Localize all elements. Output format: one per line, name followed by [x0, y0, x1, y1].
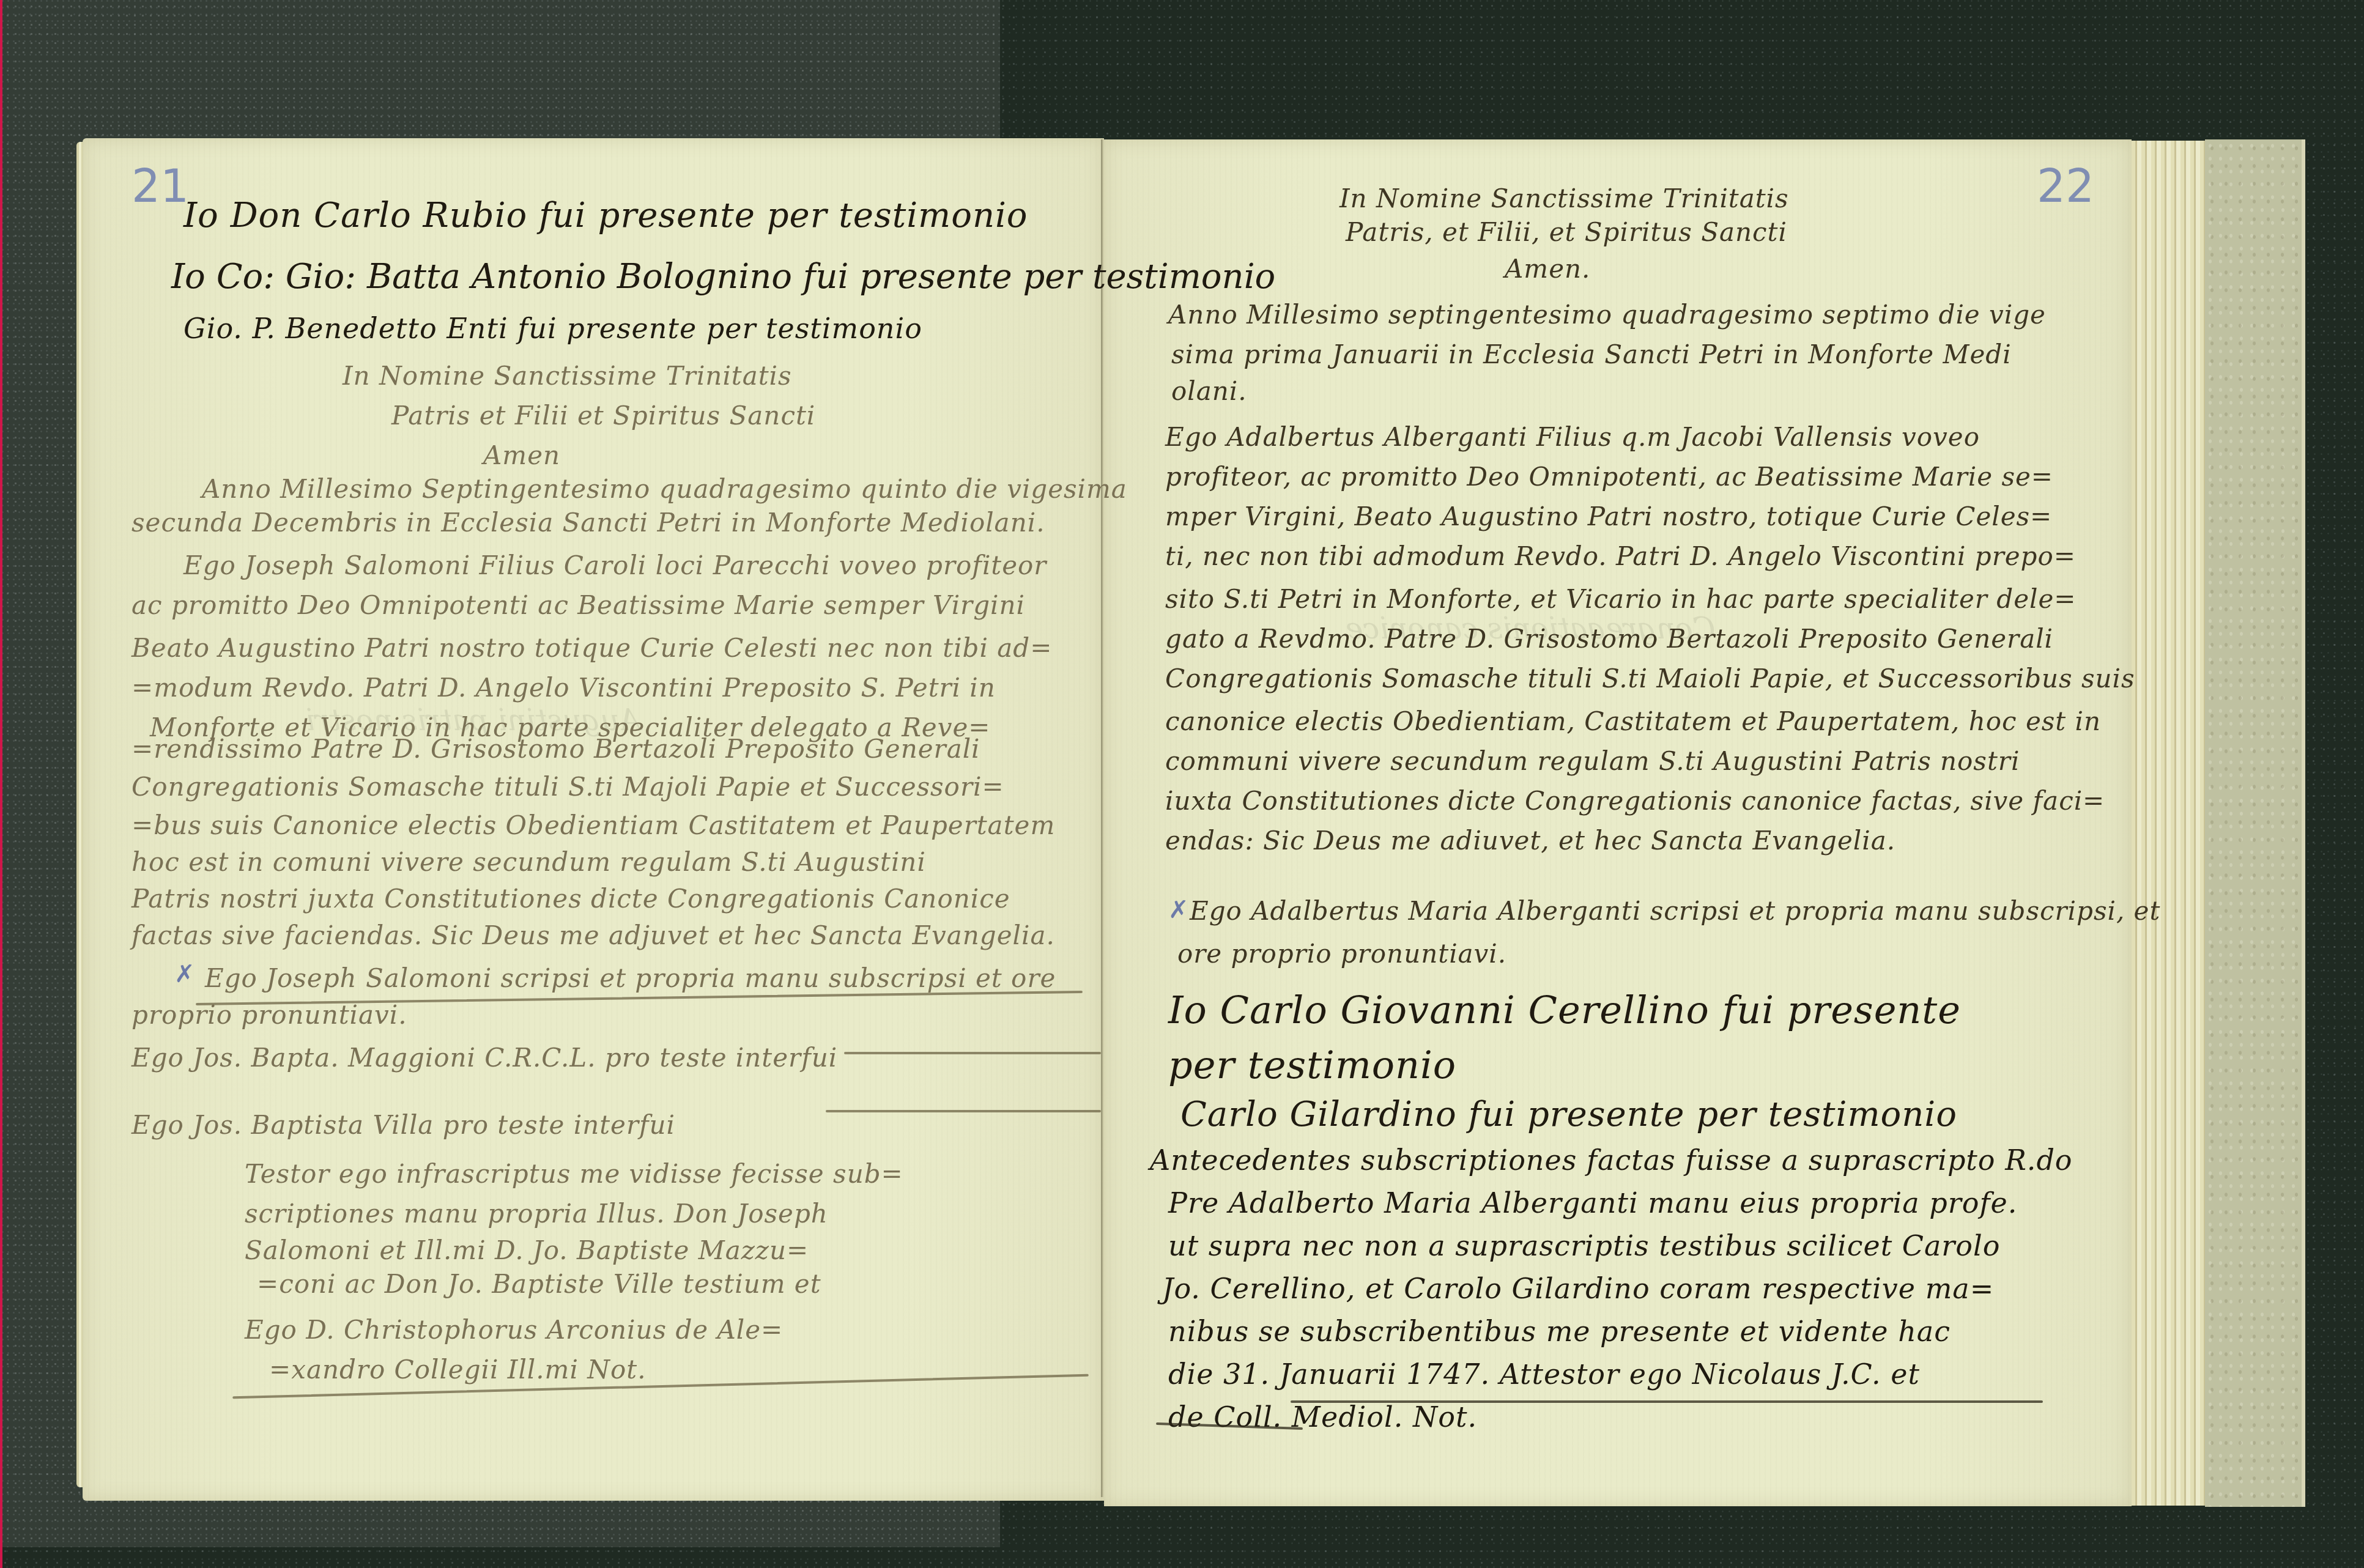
right-body-line: Ego Adalbertus Alberganti Filius q.m Jac… — [1165, 422, 1980, 452]
open-manuscript-book: Congregationis canonice Augustini patris… — [0, 0, 2364, 1568]
left-body-line: factas sive faciendas. Sic Deus me adjuv… — [132, 920, 1055, 950]
left-attestation-line: scriptiones manu propria Illus. Don Jose… — [245, 1199, 828, 1229]
left-body-line: =modum Revdo. Patri D. Angelo Viscontini… — [132, 673, 996, 703]
left-invocation-line: In Nomine Sanctissime Trinitatis — [343, 361, 792, 391]
right-signature-line: Ego Adalbertus Maria Alberganti scripsi … — [1190, 896, 2160, 926]
right-body-line: gato a Revdmo. Patre D. Grisostomo Berta… — [1165, 624, 2053, 654]
left-attestation-line: Testor ego infrascriptus me vidisse feci… — [245, 1159, 903, 1189]
folio-number-right: 22 — [2037, 160, 2094, 213]
left-body-line: secunda Decembris in Ecclesia Sancti Pet… — [132, 508, 1045, 538]
left-invocation-line: Patris et Filii et Spiritus Sancti — [391, 401, 815, 431]
left-body-line: Patris nostri juxta Constitutiones dicte… — [132, 884, 1010, 914]
left-witness-line: Gio. P. Benedetto Enti fui presente per … — [183, 312, 922, 345]
left-attestation-line: Ego D. Christophorus Arconius de Ale= — [245, 1315, 783, 1345]
left-attestation-line: Salomoni et Ill.mi D. Jo. Baptiste Mazzu… — [245, 1235, 809, 1265]
book-gutter — [1101, 139, 1103, 1497]
left-witness-line: Io Co: Gio: Batta Antonio Bolognino fui … — [171, 257, 1275, 297]
left-body-line: Ego Joseph Salomoni Filius Caroli loci P… — [183, 550, 1047, 580]
left-body-line: =bus suis Canonice electis Obedientiam C… — [132, 810, 1055, 840]
left-attestation-line: =xandro Collegii Ill.mi Not. — [269, 1355, 647, 1385]
left-body-line: Beato Augustino Patri nostro totique Cur… — [132, 633, 1052, 663]
right-body-line: mper Virgini, Beato Augustino Patri nost… — [1165, 501, 2052, 531]
right-attestation-line: Jo. Cerellino, et Carolo Gilardino coram… — [1162, 1272, 1994, 1305]
right-signature-line: ore proprio pronuntiavi. — [1177, 939, 1506, 969]
right-attestation-line: ut supra nec non a suprascriptis testibu… — [1168, 1229, 2000, 1262]
left-signature-line: Ego Joseph Salomoni scripsi et propria m… — [205, 963, 1056, 993]
left-body-line: =rendissimo Patre D. Grisostomo Bertazol… — [132, 734, 980, 764]
right-attestation-line: de Coll. Mediol. Not. — [1168, 1400, 1477, 1433]
right-invocation-line: In Nomine Sanctissime Trinitatis — [1339, 183, 1789, 213]
cross-mark-icon: ✗ — [174, 960, 195, 988]
flourish-line — [1291, 1400, 2043, 1403]
left-witness-line: Io Don Carlo Rubio fui presente per test… — [183, 196, 1028, 235]
left-attestation-line: =coni ac Don Jo. Baptiste Ville testium … — [257, 1269, 821, 1299]
left-body-line: Anno Millesimo Septingentesimo quadrages… — [202, 474, 1127, 504]
right-body-line: canonice electis Obedientiam, Castitatem… — [1165, 706, 2101, 736]
flourish-line — [844, 1052, 1101, 1054]
right-attestation-line: die 31. Januarii 1747. Attestor ego Nico… — [1168, 1358, 1920, 1391]
cross-mark-icon: ✗ — [1168, 896, 1189, 924]
book-cover-board — [2205, 139, 2305, 1507]
right-body-line: olani. — [1171, 376, 1247, 406]
left-body-line: hoc est in comuni vivere secundum regula… — [132, 847, 926, 877]
left-witness-signature: Ego Jos. Bapta. Maggioni C.R.C.L. pro te… — [132, 1043, 837, 1073]
right-body-line: profiteor, ac promitto Deo Omnipotenti, … — [1165, 462, 2053, 492]
right-page-stack-edges — [2132, 141, 2205, 1506]
right-body-line: sima prima Januarii in Ecclesia Sancti P… — [1171, 339, 2012, 369]
right-body-line: sito S.ti Petri in Monforte, et Vicario … — [1165, 584, 2077, 614]
right-witness-signature: Io Carlo Giovanni Cerellino fui presente — [1168, 988, 1961, 1032]
right-witness-signature: per testimonio — [1168, 1043, 1456, 1087]
right-attestation-line: Antecedentes subscriptiones factas fuiss… — [1150, 1144, 2073, 1177]
left-body-line: ac promitto Deo Omnipotenti ac Beatissim… — [132, 590, 1025, 620]
right-body-line: Anno Millesimo septingentesimo quadrages… — [1168, 300, 2046, 330]
right-witness-signature: Carlo Gilardino fui presente per testimo… — [1180, 1095, 1957, 1134]
right-body-line: endas: Sic Deus me adiuvet, et hec Sanct… — [1165, 826, 1895, 856]
left-body-line: Congregationis Somasche tituli S.ti Majo… — [132, 772, 1004, 802]
right-body-line: ti, nec non tibi admodum Revdo. Patri D.… — [1165, 541, 2076, 571]
right-invocation-line: Patris, et Filii, et Spiritus Sancti — [1346, 217, 1787, 247]
left-invocation-line: Amen — [483, 440, 560, 470]
right-body-line: communi vivere secundum regulam S.ti Aug… — [1165, 746, 2020, 776]
right-invocation-line: Amen. — [1505, 254, 1590, 284]
right-body-line: Congregationis Somasche tituli S.ti Maio… — [1165, 664, 2135, 693]
flourish-line — [826, 1110, 1101, 1112]
right-body-line: iuxta Constitutiones dicte Congregationi… — [1165, 786, 2105, 816]
right-attestation-line: nibus se subscribentibus me presente et … — [1168, 1315, 1951, 1348]
right-attestation-line: Pre Adalberto Maria Alberganti manu eius… — [1168, 1186, 2017, 1219]
folio-number-left: 21 — [132, 160, 189, 213]
left-witness-signature: Ego Jos. Baptista Villa pro teste interf… — [132, 1110, 675, 1140]
